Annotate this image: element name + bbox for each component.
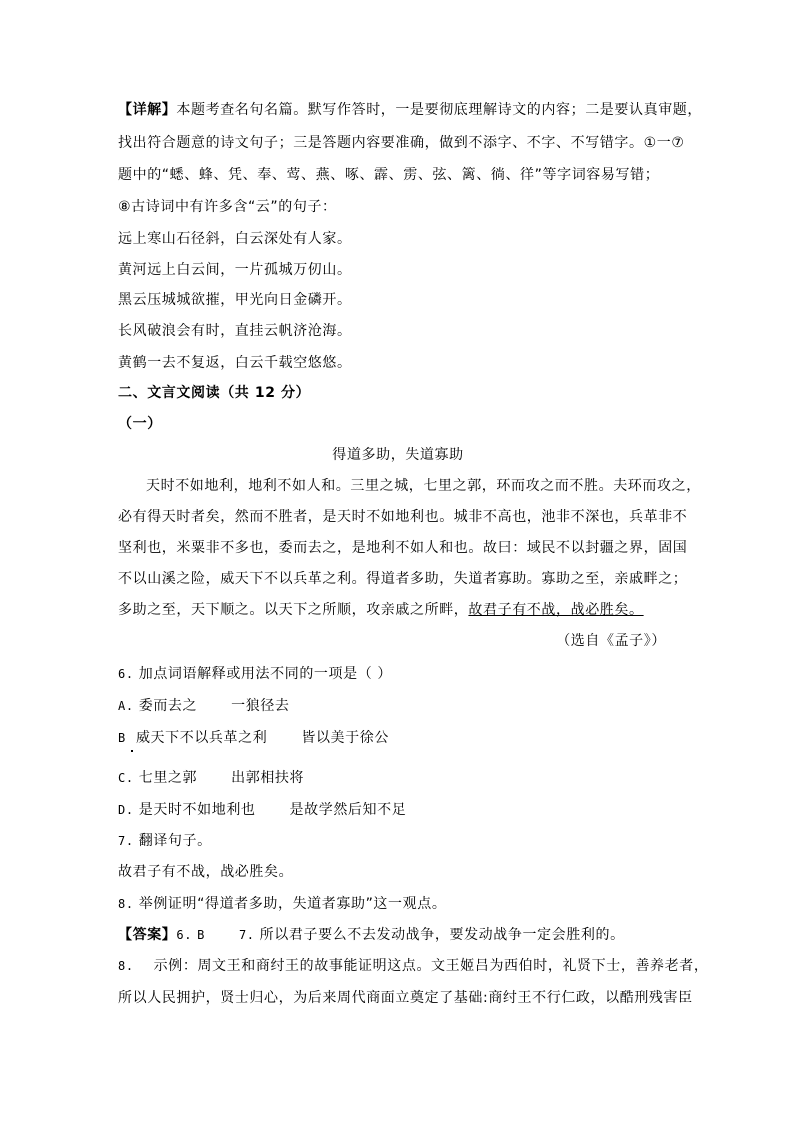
option-a: A. 委而去之一狼径去 <box>118 697 678 715</box>
passage-source: （选自《孟子》） <box>118 632 666 650</box>
option-b: B 威天下不以兵革之利皆以美于徐公 <box>118 729 678 747</box>
detail-line-1: 【详解】本题考查名句名篇。默写作答时，一是要彻底理解诗文的内容；二是要认真审题， <box>118 101 678 119</box>
underlined-sentence: 故君子有不战，战必胜矣。 <box>468 602 643 618</box>
passage-line: 必有得天时者矣，然而不胜者，是天时不如地利也。城非不高也，池非不深也，兵革非不 <box>118 508 678 526</box>
passage-title: 得道多助，失道寡助 <box>118 446 678 464</box>
option-c: C. 七里之郭出郭相扶将 <box>118 769 678 787</box>
answer-label: 【答案】 <box>118 927 176 943</box>
poem-line: 远上寒山石径斜，白云深处有人家。 <box>118 230 678 248</box>
question-7: 7. 翻译句子。 <box>118 832 678 850</box>
passage-line: 坚利也，米粟非不多也，委而去之，是地利不如人和也。故曰：域民不以封疆之界，固国 <box>118 539 678 557</box>
passage-line-last: 多助之至，天下顺之。以天下之所顺，攻亲戚之所畔，故君子有不战，战必胜矣。 <box>118 601 678 619</box>
section-subheading: （一） <box>118 415 678 433</box>
detail-label: 【详解】 <box>118 102 176 118</box>
option-d: D. 是天时不如地利也是故学然后知不足 <box>118 801 678 819</box>
passage-line: 天时不如地利，地利不如人和。三里之城，七里之郭，环而攻之而不胜。夫环而攻之， <box>118 477 706 495</box>
section-heading: 二、文言文阅读（共 12 分） <box>118 384 678 402</box>
emphasis-dot <box>131 750 133 752</box>
answer-line: 【答案】6. B7. 所以君子要么不去发动战争，要发动战争一定会胜利的。 <box>118 926 678 944</box>
poem-line: 黑云压城城欲摧，甲光向日金磷开。 <box>118 291 678 309</box>
question-6: 6. 加点词语解释或用法不同的一项是（ ） <box>118 665 678 683</box>
detail-line-2: 找出符合题意的诗文句子；三是答题内容要准确，做到不添字、不字、不写错字。①一⑦ <box>118 134 678 152</box>
poem-line: 黄河远上白云间，一片孤城万仞山。 <box>118 261 678 279</box>
question-8: 8. 举例证明“得道者多助，失道者寡助”这一观点。 <box>118 895 678 913</box>
poem-line: 长风破浪会有时，直挂云帆济沧海。 <box>118 322 678 340</box>
poem-line: 黄鹤一去不复返，白云千载空悠悠。 <box>118 354 678 372</box>
detail-line-4: ⑧古诗词中有许多含“云”的句子： <box>118 198 678 216</box>
answer-8-line-2: 所以人民拥护，贤士归心，为后来周代商面立奠定了基础:商纣王不行仁政，以酷刑残害臣 <box>118 989 678 1007</box>
detail-line-3: 题中的“蟋、蜂、凭、奉、莺、燕、啄、霹、雳、弦、篱、徜、徉”等字词容易写错； <box>118 166 678 184</box>
document-page: 【详解】本题考查名句名篇。默写作答时，一是要彻底理解诗文的内容；二是要认真审题，… <box>0 0 794 1123</box>
answer-8-line-1: 8.示例：周文王和商纣王的故事能证明这点。文王姬吕为西伯时，礼贤下士，善养老者， <box>118 957 678 975</box>
passage-line: 不以山溪之险，威天下不以兵革之利。得道者多助，失道者寡助。寡助之至，亲戚畔之； <box>118 570 678 588</box>
question-7-sentence: 故君子有不战，战必胜矣。 <box>118 863 678 881</box>
